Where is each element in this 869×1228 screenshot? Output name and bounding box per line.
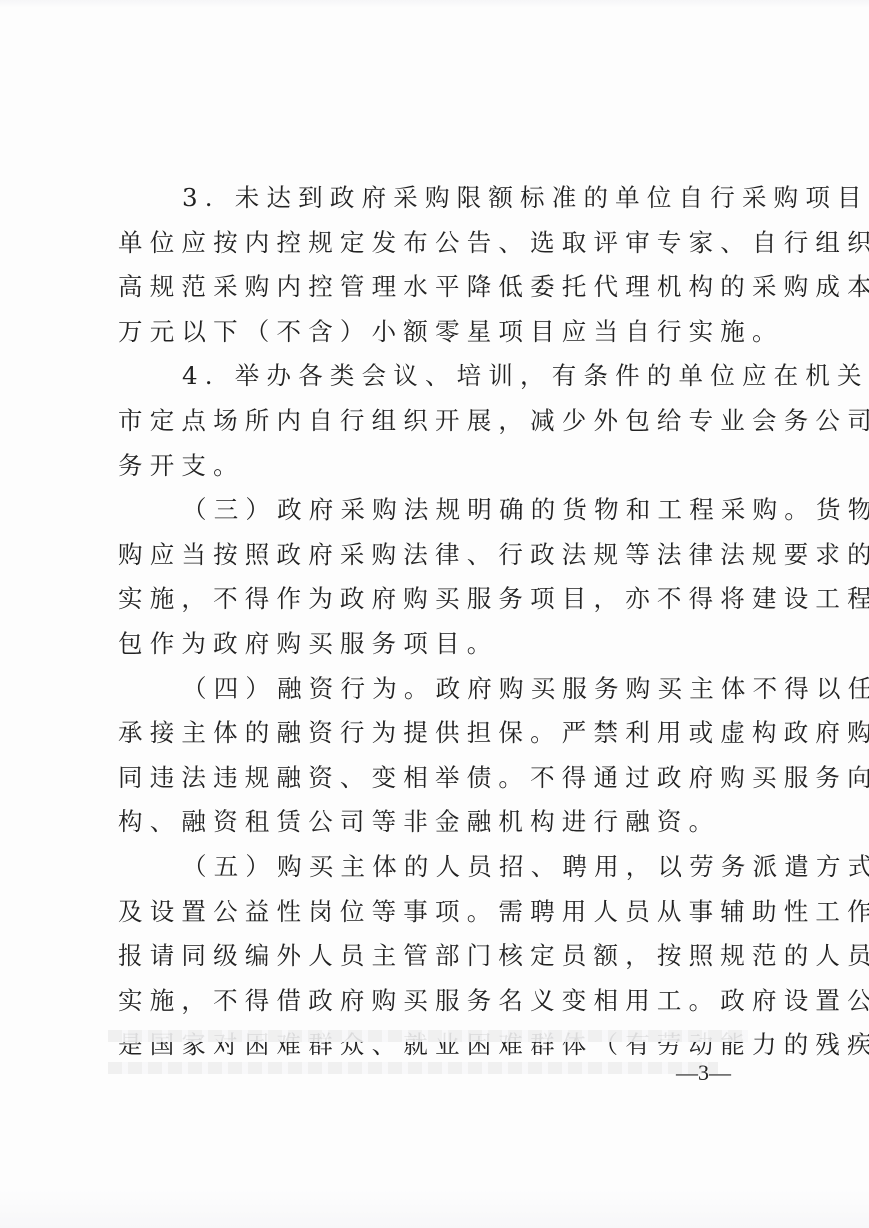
section-three-line-2: 购应当按照政府采购法律、行政法规等法律法规要求的程序组织	[118, 533, 770, 578]
paragraph-4-line-3: 务开支。	[118, 444, 770, 489]
document-body: 3. 未达到政府采购限额标准的单位自行采购项目，有条件的 单位应按内控规定发布公…	[118, 176, 770, 1068]
paragraph-3-line-3: 高规范采购内控管理水平降低委托代理机构的采购成本，鼓励 10	[118, 265, 770, 310]
paragraph-3-line-4: 万元以下（不含）小额零星项目应当自行实施。	[118, 310, 770, 355]
section-four-line-4: 构、融资租赁公司等非金融机构进行融资。	[118, 800, 770, 845]
section-three-line-3: 实施，不得作为政府购买服务项目，亦不得将建设工程与服务打	[118, 577, 770, 622]
section-four-line-2: 承接主体的融资行为提供担保。严禁利用或虚构政府购买服务合	[118, 711, 770, 756]
section-five-line-1: （五）购买主体的人员招、聘用，以劳务派遣方式用工，以	[118, 845, 770, 890]
section-four-line-3: 同违法违规融资、变相举债。不得通过政府购买服务向金融机	[118, 756, 770, 801]
bleed-through-text	[108, 1062, 718, 1074]
section-three-line-1: （三）政府采购法规明确的货物和工程采购。货物和工程采	[118, 488, 770, 533]
bleed-through-text	[108, 1030, 748, 1042]
scanned-page: 3. 未达到政府采购限额标准的单位自行采购项目，有条件的 单位应按内控规定发布公…	[0, 0, 869, 1228]
paragraph-4-line-1: 4. 举办各类会议、培训，有条件的单位应在机关内部或省、	[118, 354, 770, 399]
paragraph-4-line-2: 市定点场所内自行组织开展，减少外包给专业会务公司承办的会	[118, 399, 770, 444]
paragraph-3-line-1: 3. 未达到政府采购限额标准的单位自行采购项目，有条件的	[118, 176, 770, 221]
section-three-line-4: 包作为政府购买服务项目。	[118, 622, 770, 667]
section-five-line-3: 报请同级编外人员主管部门核定员额，按照规范的人员聘用方式	[118, 934, 770, 979]
section-five-line-4: 实施，不得借政府购买服务名义变相用工。政府设置公益性岗位	[118, 979, 770, 1024]
paragraph-3-line-2: 单位应按内控规定发布公告、选取评审专家、自行组织开展，提	[118, 221, 770, 266]
section-four-line-1: （四）融资行为。政府购买服务购买主体不得以任何形式为	[118, 667, 770, 712]
page-number: —3—	[676, 1060, 731, 1086]
section-five-line-2: 及设置公益性岗位等事项。需聘用人员从事辅助性工作的，应当	[118, 890, 770, 935]
